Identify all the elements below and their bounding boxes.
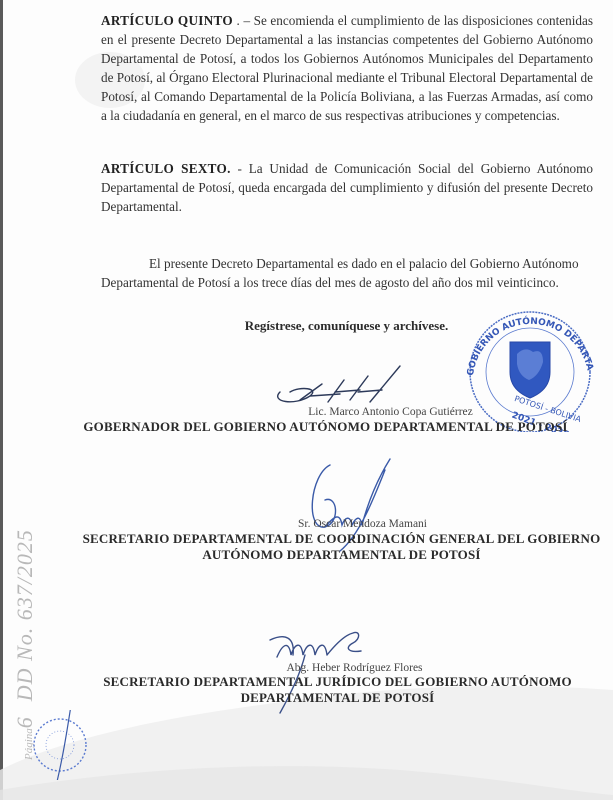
article-quinto: ARTÍCULO QUINTO . – Se encomienda el cum… [101,11,593,125]
article-sexto: ARTÍCULO SEXTO. - La Unidad de Comunicac… [101,159,593,216]
signature-governor-icon [240,362,420,412]
signatory-name: Abg. Heber Rodríguez Flores [0,662,613,674]
given-statement: El presente Decreto Departamental es dad… [101,254,593,292]
article-heading: ARTÍCULO SEXTO. [101,161,231,176]
article-body: Se encomienda el cumplimiento de las dis… [101,13,593,123]
signatory-title: SECRETARIO DEPARTAMENTAL JURÍDICO DEL GO… [0,674,613,706]
article-heading: ARTÍCULO QUINTO [101,13,233,28]
signatory-title: GOBERNADOR DEL GOBIERNO AUTÓNOMO DEPARTA… [0,419,613,435]
small-seal-icon [25,710,95,780]
document-page: ARTÍCULO QUINTO . – Se encomienda el cum… [0,0,613,800]
signatory-title: SECRETARIO DEPARTAMENTAL DE COORDINACIÓN… [0,531,613,563]
signatory-name: Sr. Oscar Mendoza Mamani [0,518,613,530]
decree-reference: DD No. 637/2025 [12,529,37,701]
signatory-name: Lic. Marco Antonio Copa Gutiérrez [0,406,613,418]
